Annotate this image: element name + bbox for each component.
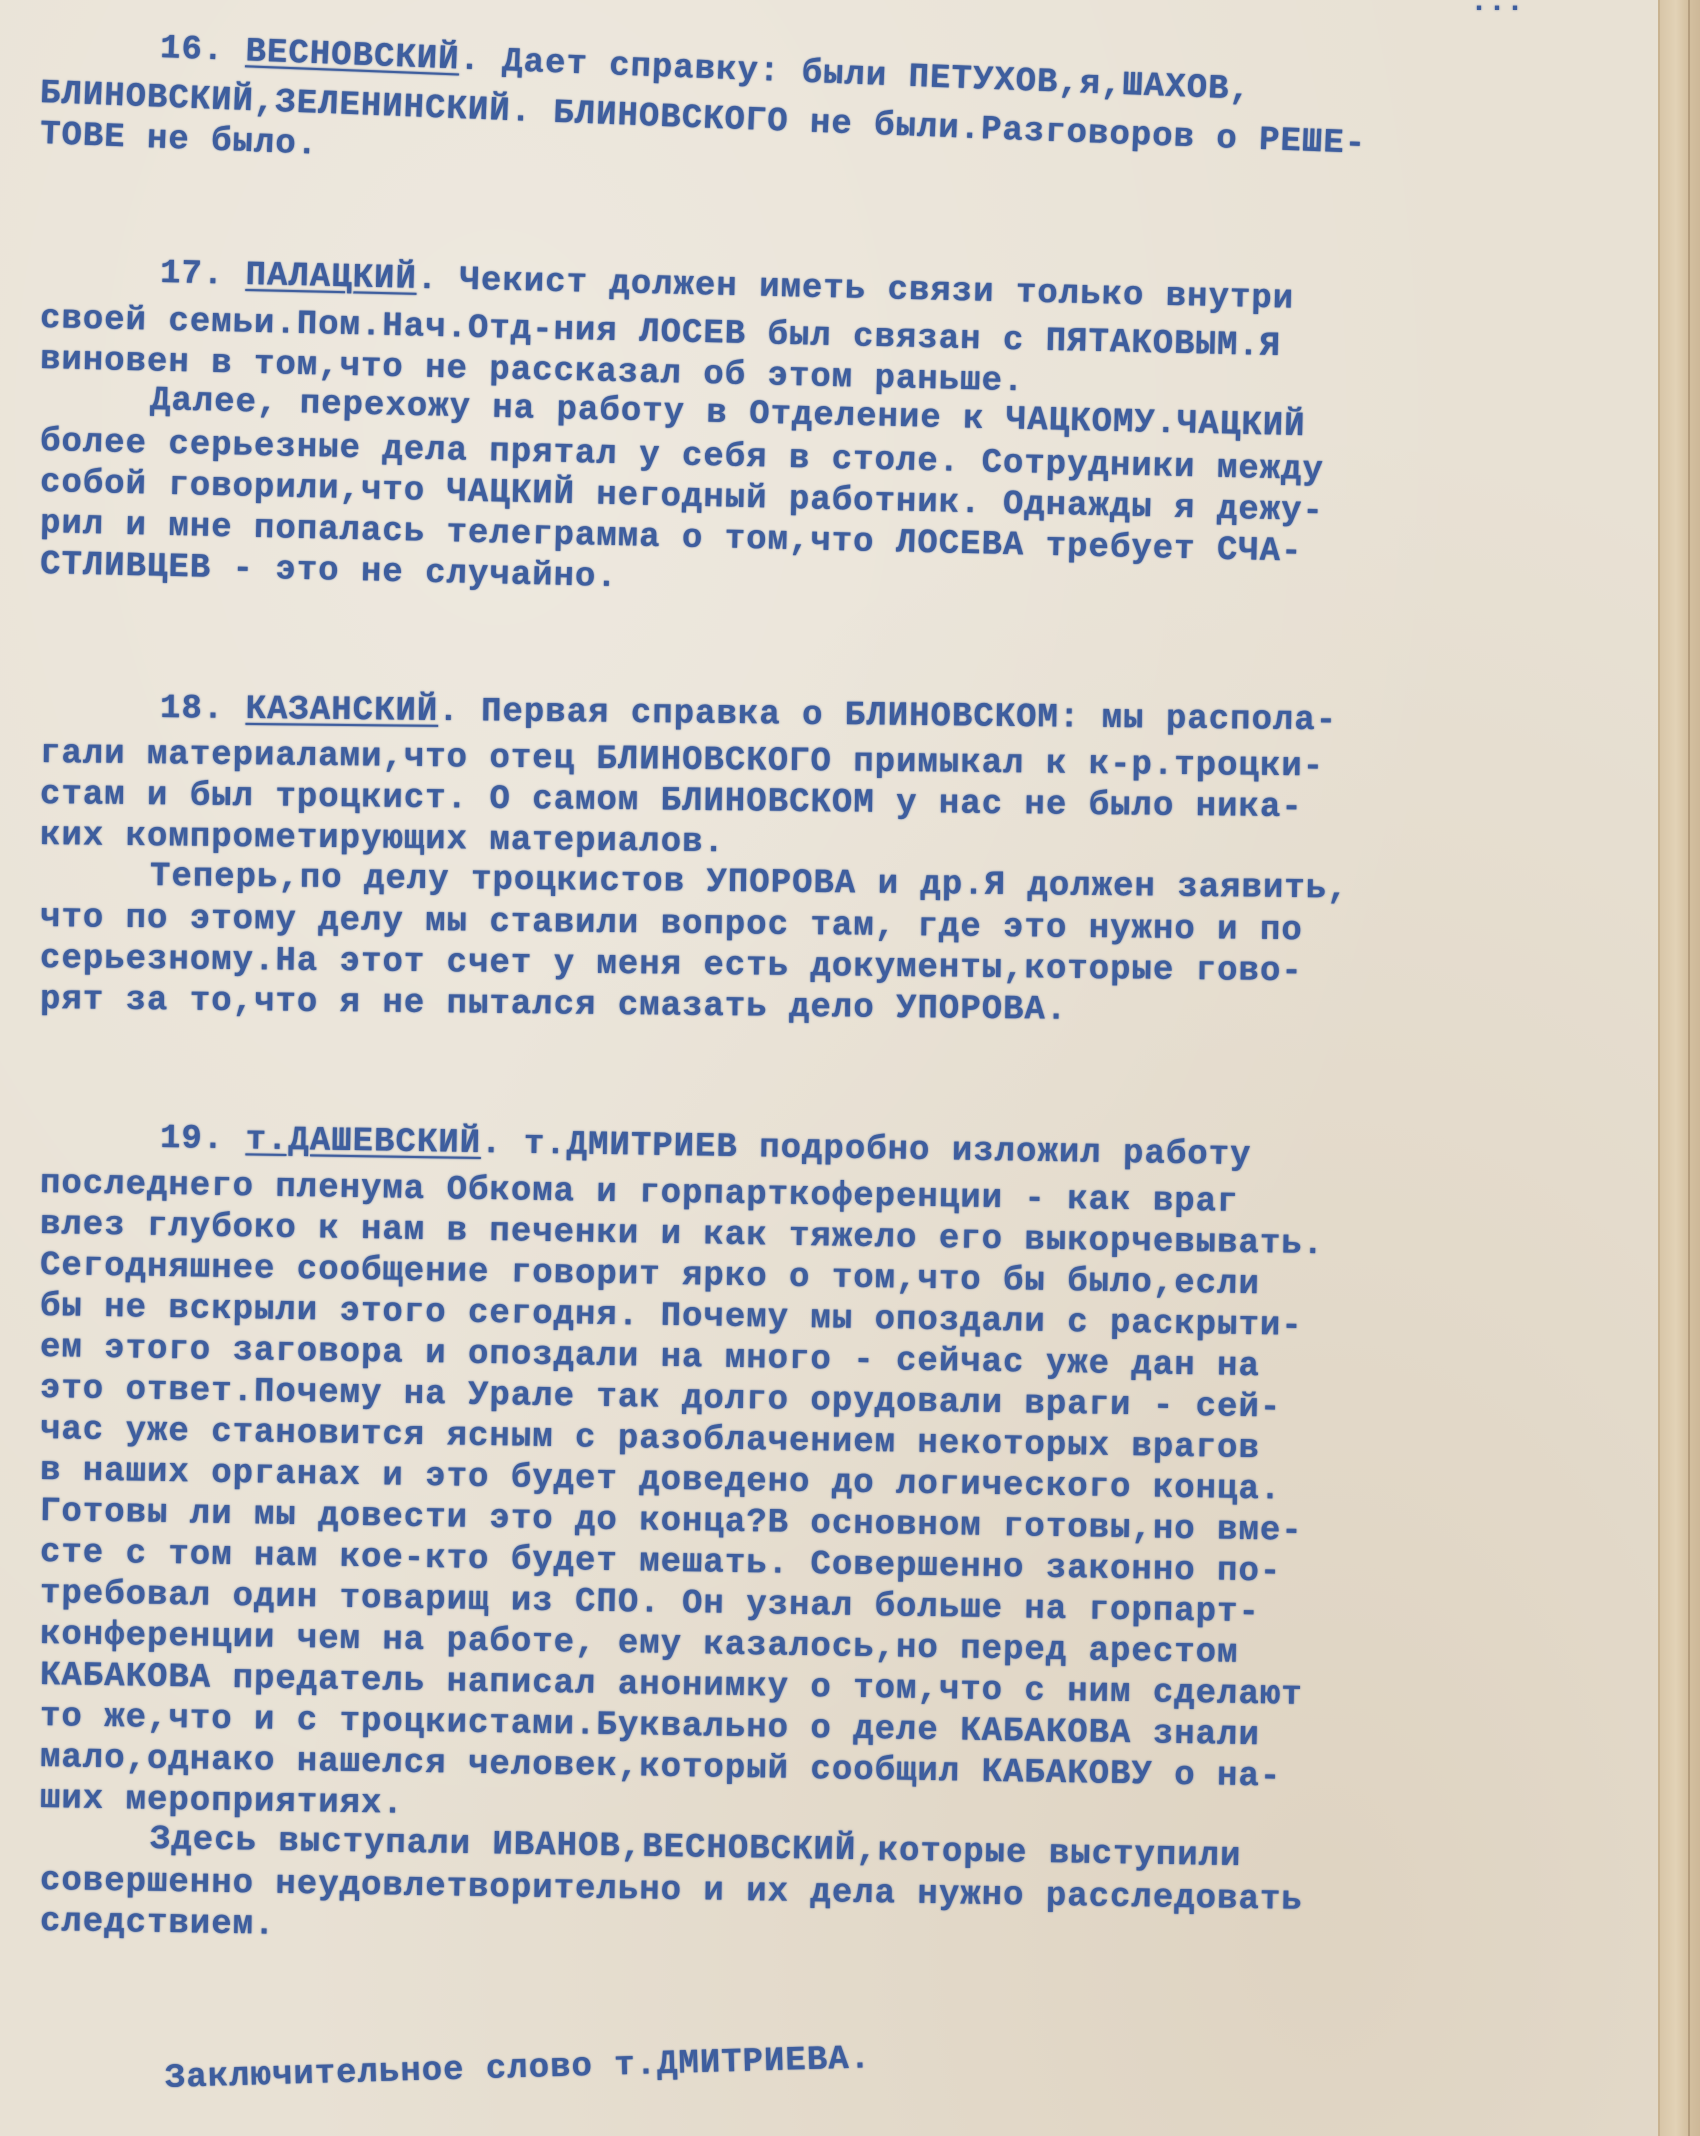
section-heading-line: 18. КАЗАНСКИЙ. Первая справка о БЛИНОВСК…	[160, 690, 1338, 740]
closing-line: Заключительное слово т.ДМИТРИЕВА.	[164, 2040, 871, 2098]
section-text: . Чекист должен иметь связи только внутр…	[416, 261, 1294, 319]
section-text: . т.ДМИТРИЕВ подробно изложил работу	[481, 1125, 1252, 1175]
top-page-fragment: ...	[1470, 0, 1524, 20]
text-line: ших мероприятиях.	[40, 1780, 404, 1824]
speaker-name: КАЗАНСКИЙ	[245, 691, 438, 731]
document-page: ... 16. ВЕСНОВСКИЙ. Дает справку: были П…	[0, 0, 1660, 2136]
text-line: следствием.	[40, 1903, 276, 1945]
section-number: 17.	[160, 255, 246, 295]
binding-strip	[1658, 0, 1700, 2136]
section-text: . Первая справка о БЛИНОВСКОМ: мы распол…	[438, 693, 1337, 740]
speaker-name: ВЕСНОВСКИЙ	[245, 33, 460, 79]
section-number: 19.	[160, 1120, 246, 1159]
text-line: Теперь,по делу троцкистов УПОРОВА и др.Я…	[150, 858, 1349, 909]
speaker-name: ПАЛАЦКИЙ	[245, 257, 417, 299]
section-number: 18.	[160, 690, 246, 729]
text-line: ких компрометирующих материалов.	[40, 817, 725, 862]
text-line: ТОВЕ не было.	[39, 116, 319, 165]
section-number: 16.	[159, 30, 246, 71]
speaker-name: т.ДАШЕВСКИЙ	[245, 1121, 481, 1163]
text-line: рят за то,что я не пытался смазать дело …	[40, 981, 1068, 1030]
section-heading-line: 19. т.ДАШЕВСКИЙ. т.ДМИТРИЕВ подробно изл…	[160, 1120, 1252, 1175]
